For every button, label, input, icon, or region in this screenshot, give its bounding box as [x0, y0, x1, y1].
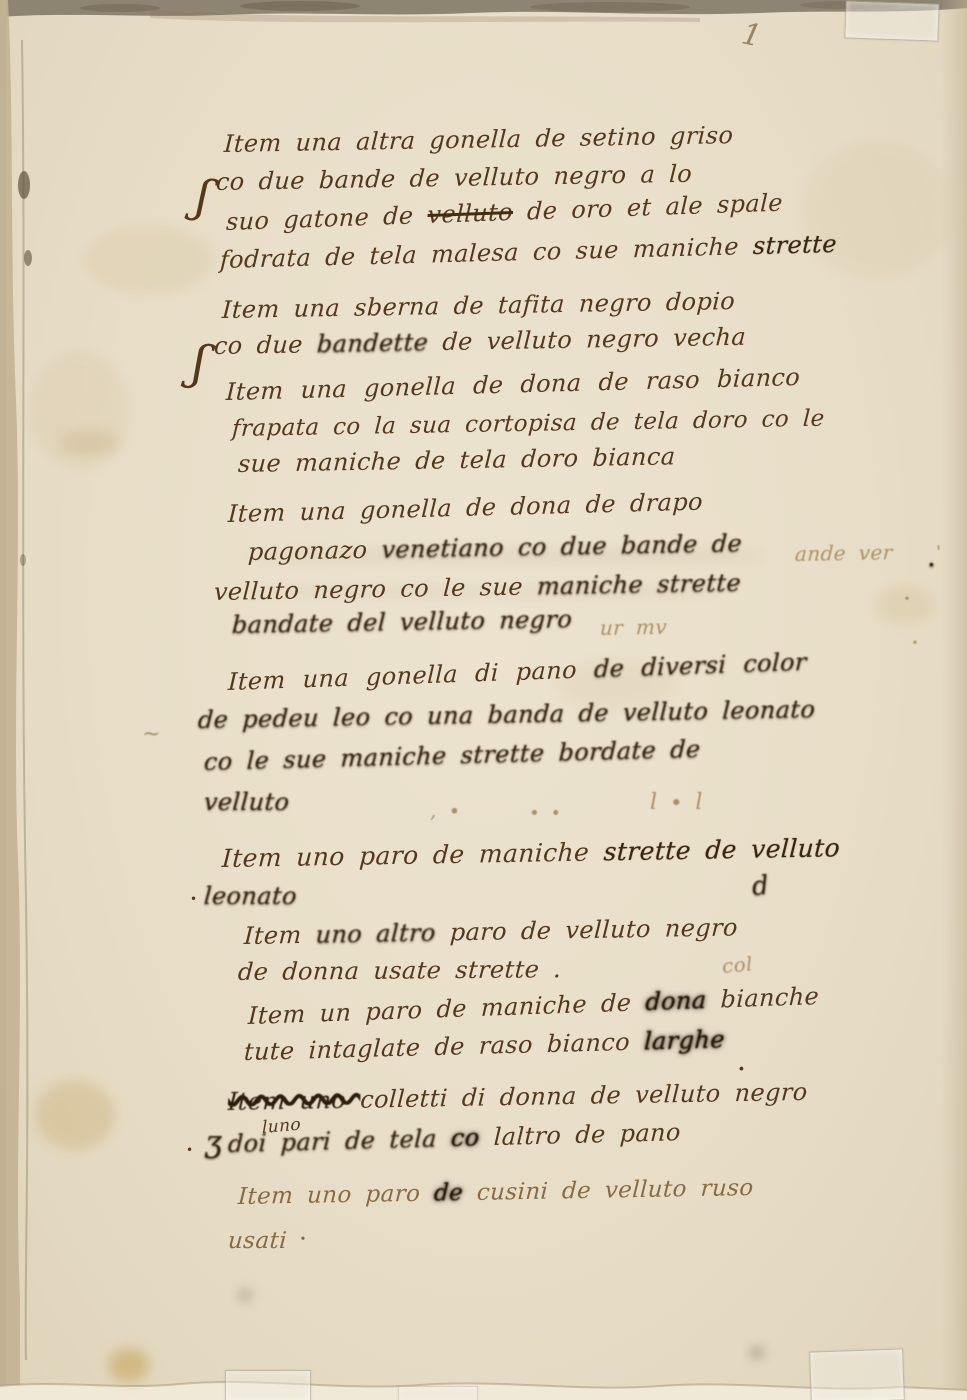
- ink-mark: l ∙ l: [650, 792, 703, 814]
- manuscript-line: Item una gonella de dona de drapo: [227, 490, 703, 526]
- ink-mark-glyph: •: [186, 1143, 193, 1157]
- ink-mark: ': [936, 544, 941, 562]
- ink-mark-glyph: ∙: [912, 635, 918, 649]
- manuscript-text: bandate del velluto negro: [231, 605, 573, 639]
- manuscript-text: de oro et ale spale: [513, 189, 784, 226]
- manuscript-text: Item una gonella de dona de raso bianco: [225, 363, 800, 406]
- ink-mark: ∙: [928, 558, 935, 572]
- manuscript-text: Item una gonella de dona de drapo: [227, 488, 703, 528]
- ink-mark: ∙ ∙: [530, 804, 561, 822]
- manuscript-text: ande ver: [794, 540, 893, 566]
- ink-mark-glyph: ∙: [904, 591, 910, 605]
- manuscript-text: dona: [645, 986, 707, 1016]
- ink-mark: ∙: [912, 636, 918, 648]
- manuscript-photo: 1 Item una altra gonella de setino griso…: [0, 0, 967, 1400]
- manuscript-text: bandette: [316, 328, 429, 358]
- manuscript-line: leonato: [203, 884, 298, 908]
- manuscript-line: fodrata de tela malesa co sue maniche st…: [219, 232, 837, 272]
- manuscript-text: paro de velluto negro: [449, 913, 738, 946]
- ink-mark-glyph: ∙: [738, 1061, 745, 1077]
- ink-mark-glyph: d: [751, 871, 771, 902]
- manuscript-line: Item una altra gonella de setino griso: [223, 123, 734, 156]
- manuscript-line: co le sue maniche strette bordate de: [203, 737, 701, 774]
- manuscript-text: Item uno: [227, 1086, 361, 1116]
- manuscript-text: leonato: [203, 882, 298, 910]
- manuscript-text: ur mv: [599, 615, 667, 640]
- manuscript-text: usati: [227, 1228, 288, 1254]
- manuscript-text: co due bande de velluto negro a lo: [215, 160, 693, 196]
- manuscript-text: frapata co la sua cortopisa de tela doro…: [231, 406, 825, 442]
- manuscript-line: Item un paro de maniche de dona bianche: [248, 984, 820, 1028]
- ink-mark-glyph: ∙: [928, 557, 935, 573]
- manuscript-text: uno altro: [315, 918, 451, 948]
- manuscript-text: de donna usate strette .: [237, 955, 562, 986]
- manuscript-text: de: [433, 1180, 464, 1207]
- ink-mark-glyph: ʃ: [189, 334, 210, 391]
- ink-mark: ʒ: [205, 1128, 222, 1158]
- manuscript-line: sue maniche de tela doro bianca: [237, 444, 676, 476]
- manuscript-text-layer: 1 Item una altra gonella de setino griso…: [0, 0, 967, 1400]
- ink-mark: ~: [142, 724, 161, 746]
- ink-mark-glyph: ʒ: [205, 1125, 222, 1160]
- manuscript-text: Item una gonella di pano: [228, 655, 595, 696]
- manuscript-text: strette: [752, 230, 837, 260]
- ink-mark: •: [186, 1144, 193, 1156]
- manuscript-line: frapata co la sua cortopisa de tela doro…: [231, 408, 825, 441]
- ink-mark: ʃ: [190, 338, 210, 387]
- ink-mark-glyph: col: [721, 951, 754, 978]
- ink-mark: d: [751, 873, 770, 900]
- manuscript-text: co le sue maniche strette bordate de: [203, 735, 701, 776]
- manuscript-text: bianche: [706, 982, 820, 1014]
- ink-mark: col: [721, 953, 753, 976]
- manuscript-text: de velluto negro vecha: [428, 323, 747, 357]
- folio-number: 1: [739, 16, 765, 54]
- manuscript-text: velluto: [203, 788, 290, 816]
- manuscript-line: bandate del velluto negro: [231, 607, 573, 637]
- manuscript-line: Item uno paro de maniche strette de vell…: [221, 835, 840, 871]
- manuscript-text: fodrata de tela malesa co sue maniche: [219, 232, 753, 274]
- manuscript-line: suo gatone de velluto de oro et ale spal…: [226, 191, 784, 234]
- ink-mark-glyph: ∙: [300, 1231, 306, 1245]
- ink-mark: , ∙: [430, 800, 460, 820]
- manuscript-line: Item uno colletti di donna de velluto ne…: [227, 1080, 808, 1114]
- ink-mark-glyph: ': [936, 542, 941, 563]
- manuscript-text: colletti di donna de velluto negro: [360, 1078, 809, 1114]
- manuscript-line: Item una gonella de dona de raso bianco: [225, 365, 800, 404]
- ink-mark: ∙: [738, 1062, 745, 1076]
- manuscript-line: Item uno paro de cusini de velluto ruso: [237, 1177, 754, 1209]
- manuscript-text: tute intaglate de raso bianco: [243, 1028, 644, 1067]
- manuscript-line: tute intaglate de raso bianco larghe: [243, 1027, 725, 1064]
- ink-mark-glyph: ~: [142, 722, 161, 747]
- manuscript-text: co: [450, 1123, 494, 1152]
- manuscript-line: co due bandette de velluto negro vecha: [213, 325, 746, 358]
- manuscript-text: Item: [243, 921, 316, 950]
- manuscript-line: co due bande de velluto negro a lo: [215, 162, 692, 194]
- manuscript-line: ande ver: [794, 542, 893, 564]
- manuscript-text: laltro de pano: [493, 1118, 681, 1151]
- ink-mark-glyph: l ∙ l: [650, 790, 703, 815]
- manuscript-text: venetiano co due bande de: [381, 529, 743, 563]
- manuscript-line: Item una gonella di pano de diversi colo…: [228, 650, 808, 694]
- manuscript-text: Item una sberna de tafita negro dopio: [221, 287, 736, 324]
- ink-mark-glyph: •: [190, 892, 197, 906]
- manuscript-line: usati: [227, 1230, 288, 1253]
- manuscript-text: Item uno paro de maniche: [221, 837, 604, 873]
- ink-mark-glyph: ∙ ∙: [530, 802, 561, 823]
- manuscript-text: co due: [213, 330, 317, 360]
- manuscript-text: larghe: [643, 1025, 725, 1055]
- manuscript-line: ur mv: [599, 617, 667, 638]
- manuscript-line: velluto negro co le sue maniche strette: [213, 571, 741, 604]
- manuscript-line: de donna usate strette .: [237, 957, 562, 984]
- manuscript-text: doi pari de tela: [227, 1124, 451, 1158]
- ink-mark-glyph: , ∙: [430, 798, 460, 822]
- manuscript-text: maniche strette: [536, 569, 742, 601]
- manuscript-text: de pedeu leo co una banda de velluto leo…: [197, 695, 816, 734]
- manuscript-text: cusini de velluto ruso: [462, 1175, 754, 1206]
- manuscript-text: pagonazo: [247, 536, 382, 566]
- ink-mark: •: [190, 893, 197, 905]
- manuscript-line: Item uno altro paro de velluto negro: [243, 915, 738, 948]
- manuscript-line: velluto: [203, 790, 290, 814]
- manuscript-line: de pedeu leo co una banda de velluto leo…: [197, 697, 816, 732]
- ink-mark: ∙: [300, 1232, 306, 1244]
- manuscript-text: suo gatone de: [226, 201, 429, 236]
- manuscript-text: strette de velluto: [603, 833, 841, 866]
- ink-mark: ʃ: [193, 172, 214, 220]
- manuscript-line: Item una sberna de tafita negro dopio: [221, 289, 735, 322]
- manuscript-text: de diversi color: [593, 648, 807, 683]
- manuscript-text: velluto: [427, 198, 513, 229]
- manuscript-line: pagonazo venetiano co due bande de: [247, 531, 742, 564]
- manuscript-text: sue maniche de tela doro bianca: [237, 442, 676, 478]
- manuscript-text: velluto negro co le sue: [213, 572, 538, 606]
- ink-mark: ∙: [904, 592, 910, 604]
- manuscript-text: Item un paro de maniche de: [248, 988, 646, 1030]
- ink-mark-glyph: ʃ: [192, 168, 214, 223]
- manuscript-text: Item una altra gonella de setino griso: [223, 121, 734, 158]
- manuscript-text: Item uno paro: [237, 1181, 434, 1210]
